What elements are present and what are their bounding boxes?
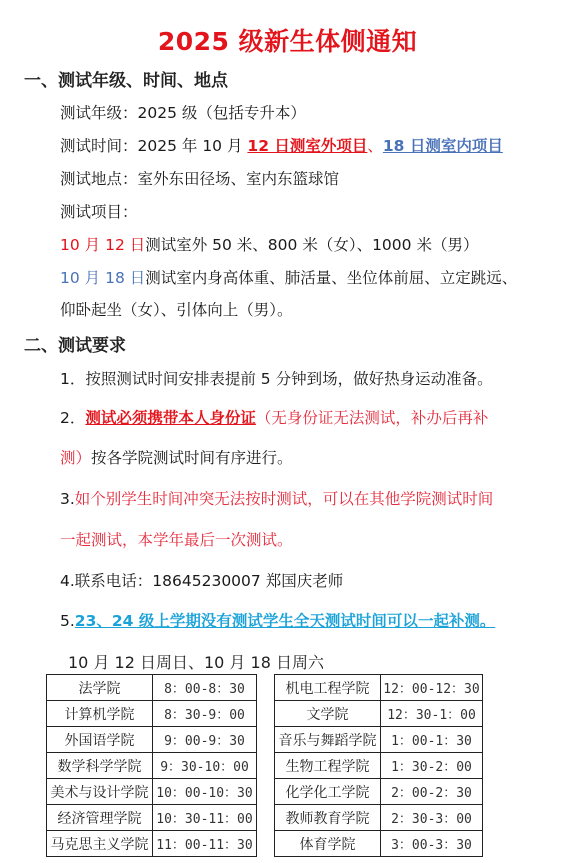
requirement-2-cont: 测）按各学院测试时间有序进行。 — [60, 446, 293, 468]
time-cell: 11：00-11：30 — [153, 831, 257, 857]
time-label: 测试时间： — [60, 137, 138, 155]
schedule-table-right: 机电工程学院12：00-12：30 文学院12：30-1：00 音乐与舞蹈学院1… — [274, 674, 483, 857]
table-row: 体育学院3：00-3：30 — [275, 831, 483, 857]
time-cell: 3：00-3：30 — [381, 831, 483, 857]
req2-num: 2． — [60, 409, 85, 427]
college-cell: 计算机学院 — [47, 701, 153, 727]
req2-red-cont: 测） — [60, 449, 91, 467]
college-cell: 机电工程学院 — [275, 675, 381, 701]
grade-line: 测试年级：2025 级（包括专升本） — [60, 101, 306, 123]
req2-bold: 测试必须携带本人身份证 — [85, 409, 256, 427]
time-line: 测试时间：2025 年 10 月 12 日测室外项目、18 日测室内项目 — [60, 134, 503, 156]
time-cell: 8：00-8：30 — [153, 675, 257, 701]
req5-num: 5. — [60, 612, 75, 630]
req5-text: 23、24 级上学期没有测试学生全天测试时间可以一起补测。 — [75, 612, 496, 630]
college-cell: 体育学院 — [275, 831, 381, 857]
items-label: 测试项目： — [60, 200, 138, 222]
schedule-table-left: 法学院8：00-8：30 计算机学院8：30-9：00 外国语学院9：00-9：… — [46, 674, 257, 857]
requirement-2: 2．测试必须携带本人身份证（无身份证无法测试，补办后再补 — [60, 406, 488, 428]
time-cell: 10：30-11：00 — [153, 805, 257, 831]
table-row: 化学化工学院2：00-2：30 — [275, 779, 483, 805]
place-line: 测试地点：室外东田径场、室内东篮球馆 — [60, 167, 339, 189]
table-row: 音乐与舞蹈学院1：00-1：30 — [275, 727, 483, 753]
schedule-caption: 10 月 12 日周日、10 月 18 日周六 — [68, 650, 324, 673]
time-cell: 12：30-1：00 — [381, 701, 483, 727]
time-indoor: 18 日测室内项目 — [383, 137, 503, 155]
college-cell: 化学化工学院 — [275, 779, 381, 805]
outdoor-date: 10 月 12 日 — [60, 236, 145, 254]
requirement-1: 1．按照测试时间安排表提前 5 分钟到场，做好热身运动准备。 — [60, 367, 493, 389]
time-cell: 9：00-9：30 — [153, 727, 257, 753]
req3-num: 3. — [60, 490, 75, 508]
time-cell: 8：30-9：00 — [153, 701, 257, 727]
college-cell: 生物工程学院 — [275, 753, 381, 779]
place-label: 测试地点： — [60, 170, 138, 188]
outdoor-items-line: 10 月 12 日测试室外 50 米、800 米（女）、1000 米（男） — [60, 233, 478, 255]
table-row: 计算机学院8：30-9：00 — [47, 701, 257, 727]
time-cell: 9：30-10：00 — [153, 753, 257, 779]
time-cell: 12：00-12：30 — [381, 675, 483, 701]
requirement-4: 4.联系电话：18645230007 郑国庆老师 — [60, 569, 343, 591]
table-row: 经济管理学院10：30-11：00 — [47, 805, 257, 831]
college-cell: 法学院 — [47, 675, 153, 701]
section1-heading: 一、测试年级、时间、地点 — [24, 66, 228, 91]
time-cell: 1：30-2：00 — [381, 753, 483, 779]
req2-rest: 按各学院测试时间有序进行。 — [91, 449, 293, 467]
time-cell: 10：00-10：30 — [153, 779, 257, 805]
table-row: 教师教育学院2：30-3：00 — [275, 805, 483, 831]
requirement-5: 5.23、24 级上学期没有测试学生全天测试时间可以一起补测。 — [60, 609, 495, 631]
req3-text: 如个别学生时间冲突无法按时测试，可以在其他学院测试时间 — [75, 490, 494, 508]
time-cell: 2：00-2：30 — [381, 779, 483, 805]
college-cell: 数学科学学院 — [47, 753, 153, 779]
outdoor-items: 测试室外 50 米、800 米（女）、1000 米（男） — [145, 236, 478, 254]
req2-red: （无身份证无法测试，补办后再补 — [256, 409, 489, 427]
table-row: 数学科学学院9：30-10：00 — [47, 753, 257, 779]
time-cell: 1：00-1：30 — [381, 727, 483, 753]
indoor-items-cont: 仰卧起坐（女）、引体向上（男）。 — [60, 298, 293, 320]
indoor-items: 测试室内身高体重、肺活量、坐位体前屈、立定跳远、 — [145, 269, 517, 287]
table-row: 法学院8：00-8：30 — [47, 675, 257, 701]
indoor-date: 10 月 18 日 — [60, 269, 145, 287]
college-cell: 文学院 — [275, 701, 381, 727]
table-row: 机电工程学院12：00-12：30 — [275, 675, 483, 701]
college-cell: 音乐与舞蹈学院 — [275, 727, 381, 753]
college-cell: 经济管理学院 — [47, 805, 153, 831]
college-cell: 外国语学院 — [47, 727, 153, 753]
college-cell: 教师教育学院 — [275, 805, 381, 831]
table-row: 美术与设计学院10：00-10：30 — [47, 779, 257, 805]
indoor-items-line: 10 月 18 日测试室内身高体重、肺活量、坐位体前屈、立定跳远、 — [60, 266, 517, 288]
grade-label: 测试年级： — [60, 104, 138, 122]
page-title: 2025 级新生体侧通知 — [0, 22, 575, 58]
place-value: 室外东田径场、室内东篮球馆 — [138, 170, 340, 188]
table-row: 生物工程学院1：30-2：00 — [275, 753, 483, 779]
college-cell: 马克思主义学院 — [47, 831, 153, 857]
time-prefix: 2025 年 10 月 — [138, 137, 248, 155]
college-cell: 美术与设计学院 — [47, 779, 153, 805]
time-cell: 2：30-3：00 — [381, 805, 483, 831]
requirement-3-cont: 一起测试，本学年最后一次测试。 — [60, 528, 293, 550]
time-sep: 、 — [367, 137, 383, 155]
table-row: 马克思主义学院11：00-11：30 — [47, 831, 257, 857]
table-row: 文学院12：30-1：00 — [275, 701, 483, 727]
grade-value: 2025 级（包括专升本） — [138, 104, 306, 122]
time-outdoor: 12 日测室外项目 — [247, 137, 367, 155]
requirement-3: 3.如个别学生时间冲突无法按时测试，可以在其他学院测试时间 — [60, 487, 493, 509]
section2-heading: 二、测试要求 — [24, 331, 126, 356]
table-row: 外国语学院9：00-9：30 — [47, 727, 257, 753]
